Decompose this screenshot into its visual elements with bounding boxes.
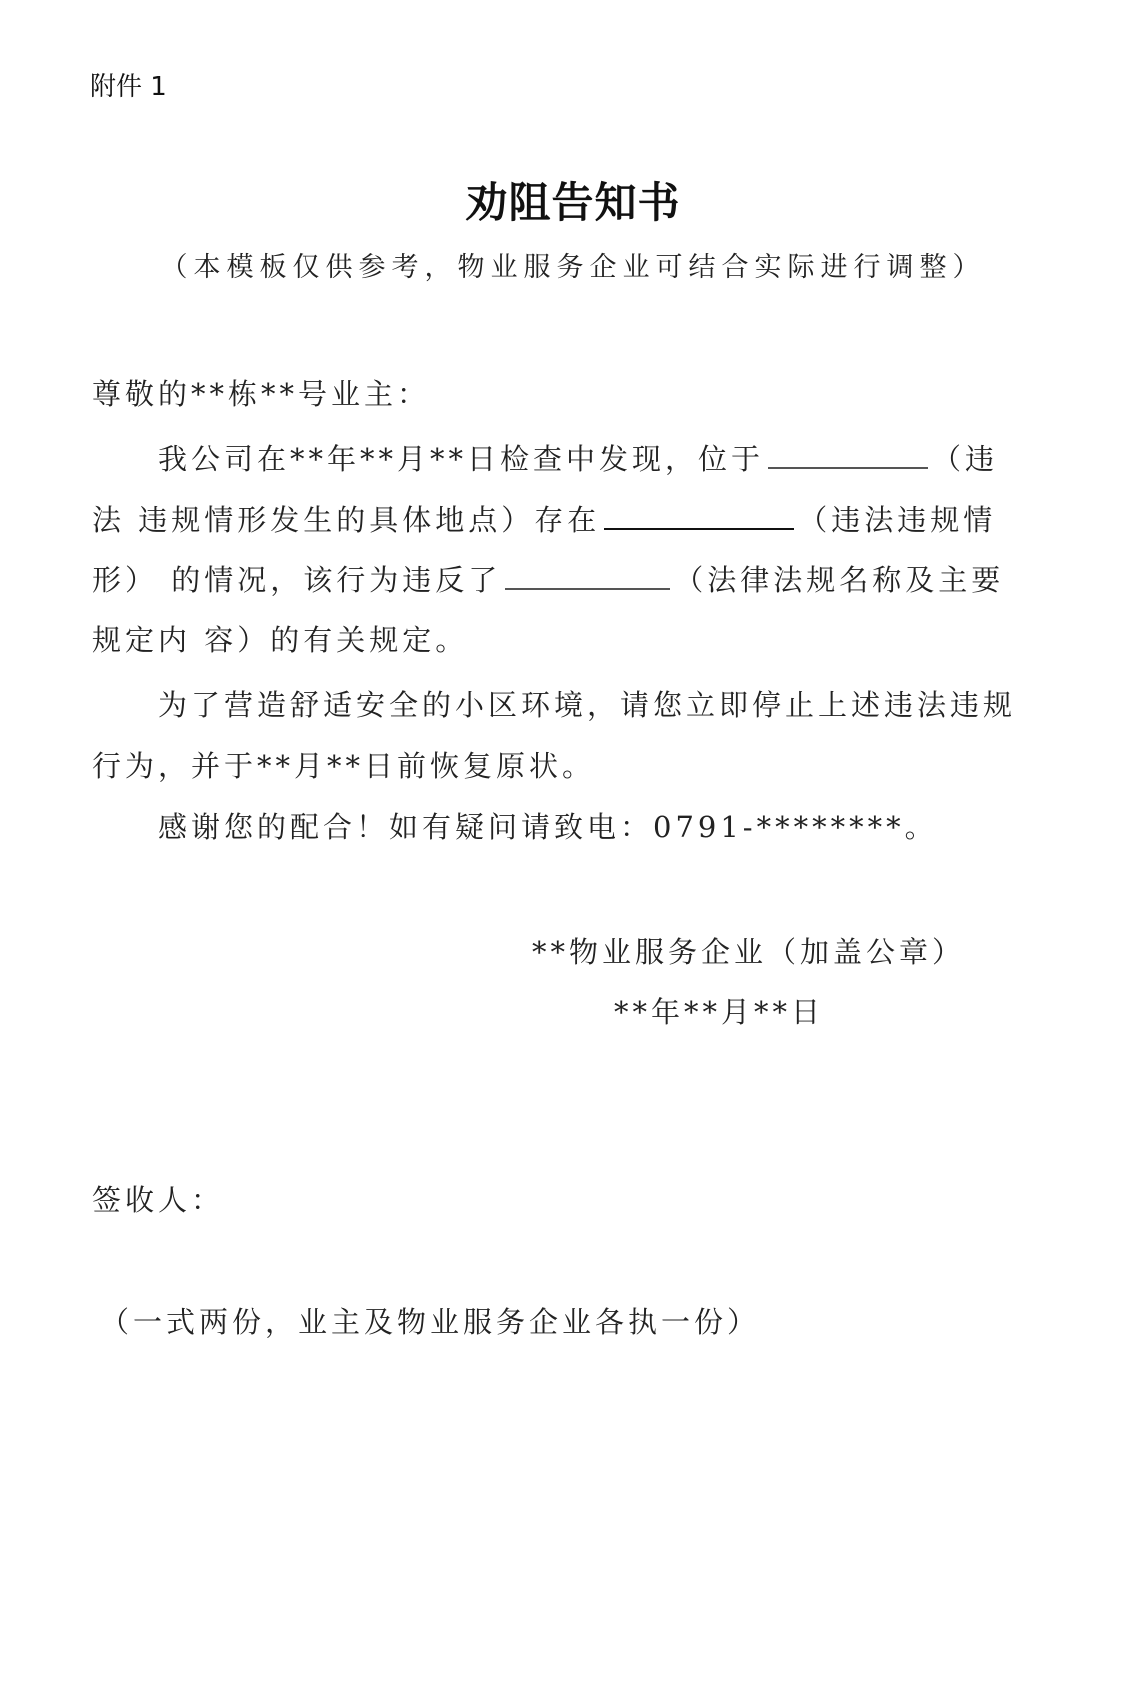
paragraph1-line2: 法 违规情形发生的具体地点）存在（违法违规情 xyxy=(92,498,996,539)
paragraph1-line1: 我公司在**年**月**日检查中发现，位于（违 xyxy=(158,437,998,478)
signature-company: **物业服务企业（加盖公章） xyxy=(532,930,965,971)
paragraph1-line2-text: 法 违规情形发生的具体地点）存在 xyxy=(92,503,600,537)
salutation: 尊敬的**栋**号业主： xyxy=(92,372,430,413)
signature-date: **年**月**日 xyxy=(614,990,824,1031)
location-blank xyxy=(768,437,928,469)
paragraph3-contact: 感谢您的配合！如有疑问请致电：0791-********。 xyxy=(158,805,938,846)
copies-note: （一式两份，业主及物业服务企业各执一份） xyxy=(100,1300,760,1341)
paragraph1-line3-text: 形） 的情况，该行为违反了 xyxy=(92,563,501,597)
document-subtitle: （本模板仅供参考，物业服务企业可结合实际进行调整） xyxy=(0,245,1146,284)
paragraph1-line1-text: 我公司在**年**月**日检查中发现，位于 xyxy=(158,442,764,476)
paragraph1-line2-suffix: （违法违规情 xyxy=(798,503,996,537)
paragraph1-line3-suffix: （法律法规名称及主要 xyxy=(674,563,1004,597)
attachment-label: 附件 1 xyxy=(90,66,167,103)
paragraph1-line4: 规定内 容）的有关规定。 xyxy=(92,618,468,659)
recipient-label: 签收人： xyxy=(92,1178,224,1219)
paragraph2-line1: 为了营造舒适安全的小区环境，请您立即停止上述违法违规 xyxy=(158,683,1016,724)
document-title: 劝阻告知书 xyxy=(0,170,1146,230)
paragraph1-line1-suffix: （违 xyxy=(932,442,998,476)
law-blank xyxy=(505,558,670,590)
paragraph2-line2: 行为，并于**月**日前恢复原状。 xyxy=(92,744,595,785)
paragraph1-line3: 形） 的情况，该行为违反了（法律法规名称及主要 xyxy=(92,558,1004,599)
violation-blank xyxy=(604,498,794,530)
